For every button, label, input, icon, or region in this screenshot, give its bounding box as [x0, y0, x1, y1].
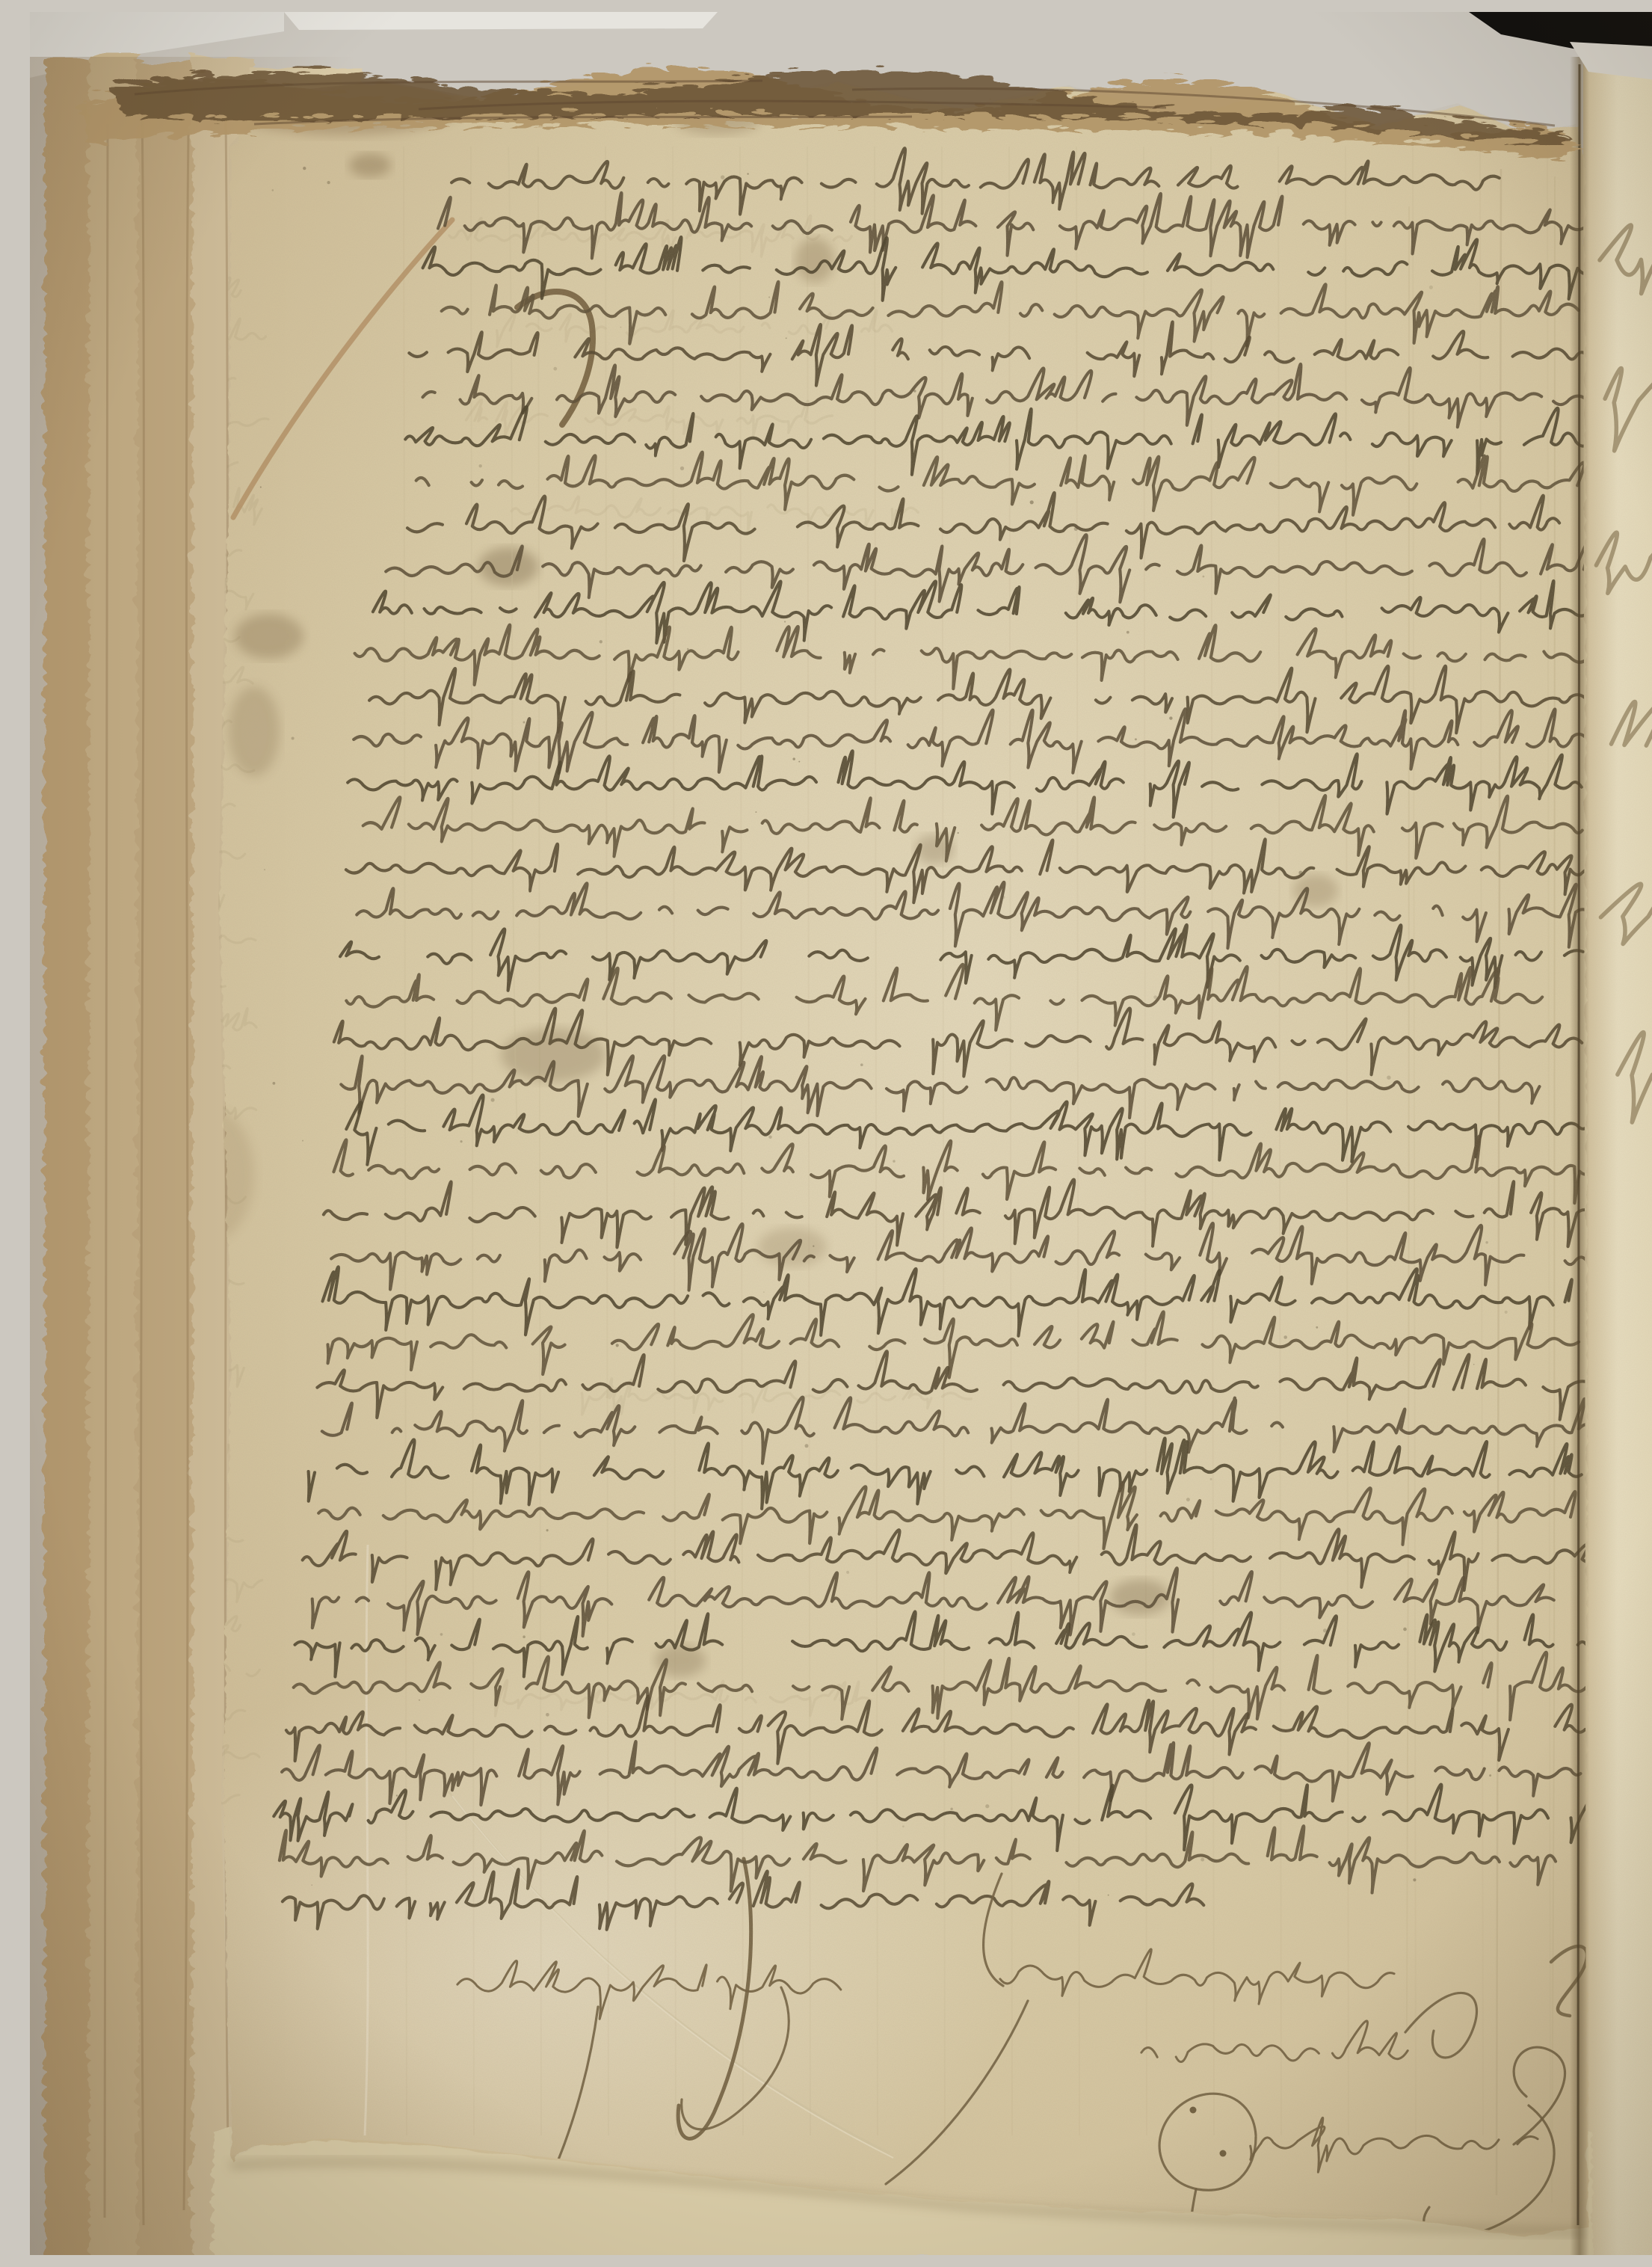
vignette	[30, 12, 1652, 2255]
manuscript-scan: Scanned page of an aged early-modern Spa…	[30, 12, 1652, 2255]
manuscript-scan-canvas	[30, 12, 1652, 2255]
